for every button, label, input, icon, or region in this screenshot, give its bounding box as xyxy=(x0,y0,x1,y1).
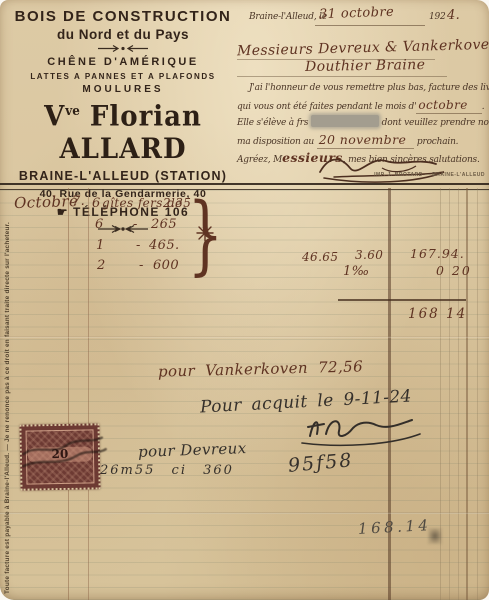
date-rule xyxy=(315,25,425,26)
letterhead-line4: LATTES A PANNES ET A PLAFONDS xyxy=(12,72,234,81)
company-rest: Florian ALLARD xyxy=(59,101,201,166)
note-devreux: pour Devreux xyxy=(138,439,247,461)
row2-ditto: - xyxy=(133,217,138,232)
ledger-day: 7. xyxy=(72,194,85,209)
letterhead-line2: du Nord et du Pays xyxy=(12,27,234,42)
signature-flourish xyxy=(312,148,452,186)
margin-terms-note: Toute facture est payable à Braine-l'All… xyxy=(4,190,11,594)
body-line4-suffix: prochain. xyxy=(417,137,458,147)
addressee-rule2 xyxy=(237,76,447,77)
row2-value: 265 xyxy=(151,217,177,232)
divider-ornament-icon xyxy=(97,224,149,234)
fold-crease-1 xyxy=(0,336,489,338)
body-line2-period: . xyxy=(482,102,485,112)
letterhead-line1: BOIS DE CONSTRUCTION xyxy=(12,8,234,25)
tax-amount: 0 20 xyxy=(436,263,472,278)
calc-price: 3.60 xyxy=(355,248,383,262)
printer-credit: IMP. J. BROTARD — BRAINE-L'ALLEUD xyxy=(374,172,485,178)
row4-qty: 2 xyxy=(97,258,106,273)
acquit-signature-flourish xyxy=(296,412,426,448)
asterisk-mark xyxy=(196,224,214,242)
note-measure: 26m55 ci 360 xyxy=(100,463,234,478)
note-amount: 95ƒ58 xyxy=(287,449,354,477)
tax-rate: 1‰ xyxy=(343,264,370,279)
body-line1: J'ai l'honneur de vous remettre plus bas… xyxy=(237,80,487,97)
dateline-prefix: Braine-l'Alleud, le xyxy=(249,12,327,22)
ledger-vline-7 xyxy=(466,188,468,600)
year-handwritten: 4. xyxy=(447,8,460,23)
company-city: BRAINE-L'ALLEUD (STATION) xyxy=(12,169,234,183)
row2-qty: 6 xyxy=(95,217,104,232)
body-line3-suffix: dont veuillez prendre note de xyxy=(382,118,489,128)
dateline: Braine-l'Alleud, le 31 octobre 192 4. xyxy=(237,6,487,32)
duedate-handwritten: 20 novembre xyxy=(317,132,415,149)
addressee-line1: Messieurs Devreux & Vankerkoven xyxy=(237,37,489,60)
fold-crease-2 xyxy=(0,512,489,514)
row1-qty: 6 xyxy=(92,196,101,211)
revenue-stamp: 20 xyxy=(19,423,100,490)
row3-qty: 1 xyxy=(96,238,105,253)
body-line2-printed: qui vous ont été faites pendant le mois … xyxy=(237,102,416,112)
ledger-vline-1 xyxy=(68,188,69,600)
body-line3: Elle s'élève à frs dont veuillez prendre… xyxy=(237,115,487,132)
row3-value: 465. xyxy=(149,238,180,253)
body-line4-prefix: ma disposition au xyxy=(237,137,314,147)
letterhead-divider-rule xyxy=(0,183,489,190)
amount-blot xyxy=(311,115,379,127)
sum-rule xyxy=(338,299,466,301)
ledger-month: Octobre xyxy=(14,192,79,212)
date-handwritten: 31 octobre xyxy=(319,5,395,23)
company-abbrev: ve xyxy=(65,103,80,118)
ledger-total: 168 14 xyxy=(408,306,467,322)
company-name: Vve Florian ALLARD xyxy=(12,101,234,166)
addressee: Messieurs Devreux & Vankerkoven Douthier… xyxy=(237,32,487,76)
body-line5-prefix: Agréez, M xyxy=(237,155,282,165)
body-line2: qui vous ont été faites pendant le mois … xyxy=(237,97,487,116)
ledger-vline-8 xyxy=(477,188,478,600)
note-vankerkoven: pour Vankerkoven 72,56 xyxy=(158,357,363,380)
year-printed: 192 xyxy=(429,12,446,22)
calc-qty: 46.65 xyxy=(302,250,338,264)
row4-value: 600 xyxy=(153,258,179,273)
row3-ditto: - xyxy=(136,238,141,253)
company-initial: V xyxy=(44,101,65,133)
letterhead-line5: MOULURES xyxy=(12,84,234,95)
ink-smudge xyxy=(428,528,442,544)
row4-ditto: - xyxy=(139,258,144,273)
body-line3-prefix: Elle s'élève à frs xyxy=(237,118,308,128)
calc-amount: 167.94. xyxy=(410,246,465,261)
letterhead-line3: CHÊNE D'AMÉRIQUE xyxy=(12,56,234,68)
divider-ornament-icon xyxy=(97,44,149,53)
letter-block: Braine-l'Alleud, le 31 octobre 192 4. Me… xyxy=(237,6,487,169)
invoice-document: BOIS DE CONSTRUCTION du Nord et du Pays … xyxy=(0,0,489,600)
month-handwritten: octobre xyxy=(416,98,481,114)
pencil-total: 168.14 xyxy=(358,516,432,538)
ledger-vline-2 xyxy=(88,188,89,600)
addressee-line2: Douthier Braine xyxy=(305,57,426,75)
